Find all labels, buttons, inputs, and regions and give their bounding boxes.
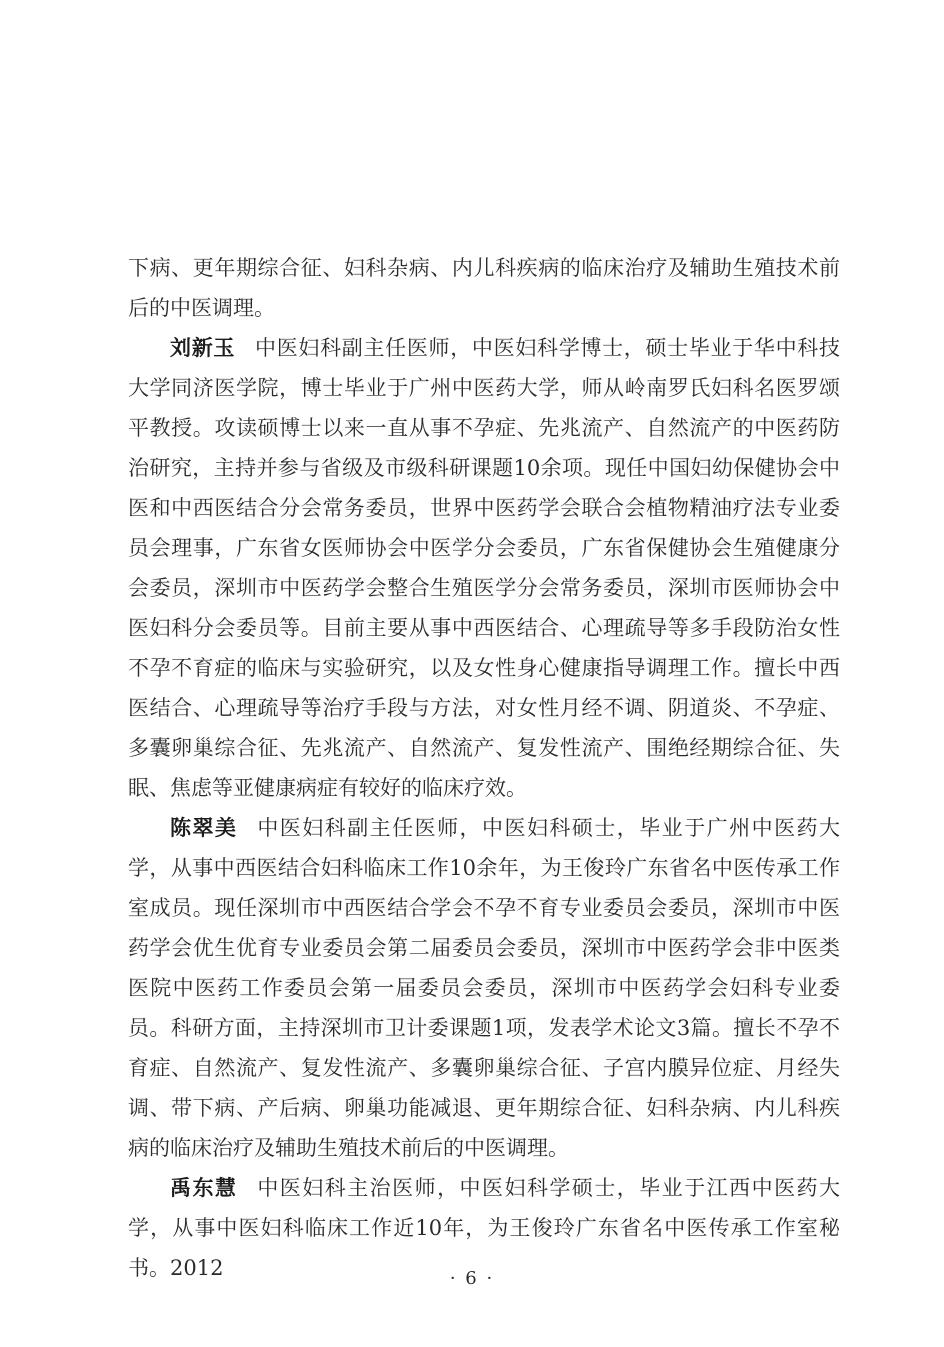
paragraph-text: 中医妇科副主任医师，中医妇科学博士，硕士毕业于华中科技大学同济医学院，博士毕业于… bbox=[128, 336, 840, 800]
bio-paragraph-chen-cuimei: 陈翠美中医妇科副主任医师，中医妇科硕士，毕业于广州中医药大学，从事中西医结合妇科… bbox=[128, 808, 840, 1168]
page-content: 下病、更年期综合征、妇科杂病、内儿科疾病的临床治疗及辅助生殖技术前后的中医调理。… bbox=[128, 248, 840, 1288]
paragraph-text: 下病、更年期综合征、妇科杂病、内儿科疾病的临床治疗及辅助生殖技术前后的中医调理。 bbox=[128, 256, 840, 320]
paragraph-text: 中医妇科副主任医师，中医妇科硕士，毕业于广州中医药大学，从事中西医结合妇科临床工… bbox=[128, 816, 840, 1160]
page-number: · 6 · bbox=[0, 1268, 944, 1290]
doctor-name: 刘新玉 bbox=[170, 336, 235, 360]
doctor-name: 陈翠美 bbox=[170, 816, 237, 840]
document-page: 下病、更年期综合征、妇科杂病、内儿科疾病的临床治疗及辅助生殖技术前后的中医调理。… bbox=[0, 0, 944, 1347]
doctor-name: 禹东慧 bbox=[170, 1176, 237, 1200]
bio-paragraph-liu-xinyu: 刘新玉中医妇科副主任医师，中医妇科学博士，硕士毕业于华中科技大学同济医学院，博士… bbox=[128, 328, 840, 808]
paragraph-continuation: 下病、更年期综合征、妇科杂病、内儿科疾病的临床治疗及辅助生殖技术前后的中医调理。 bbox=[128, 248, 840, 328]
